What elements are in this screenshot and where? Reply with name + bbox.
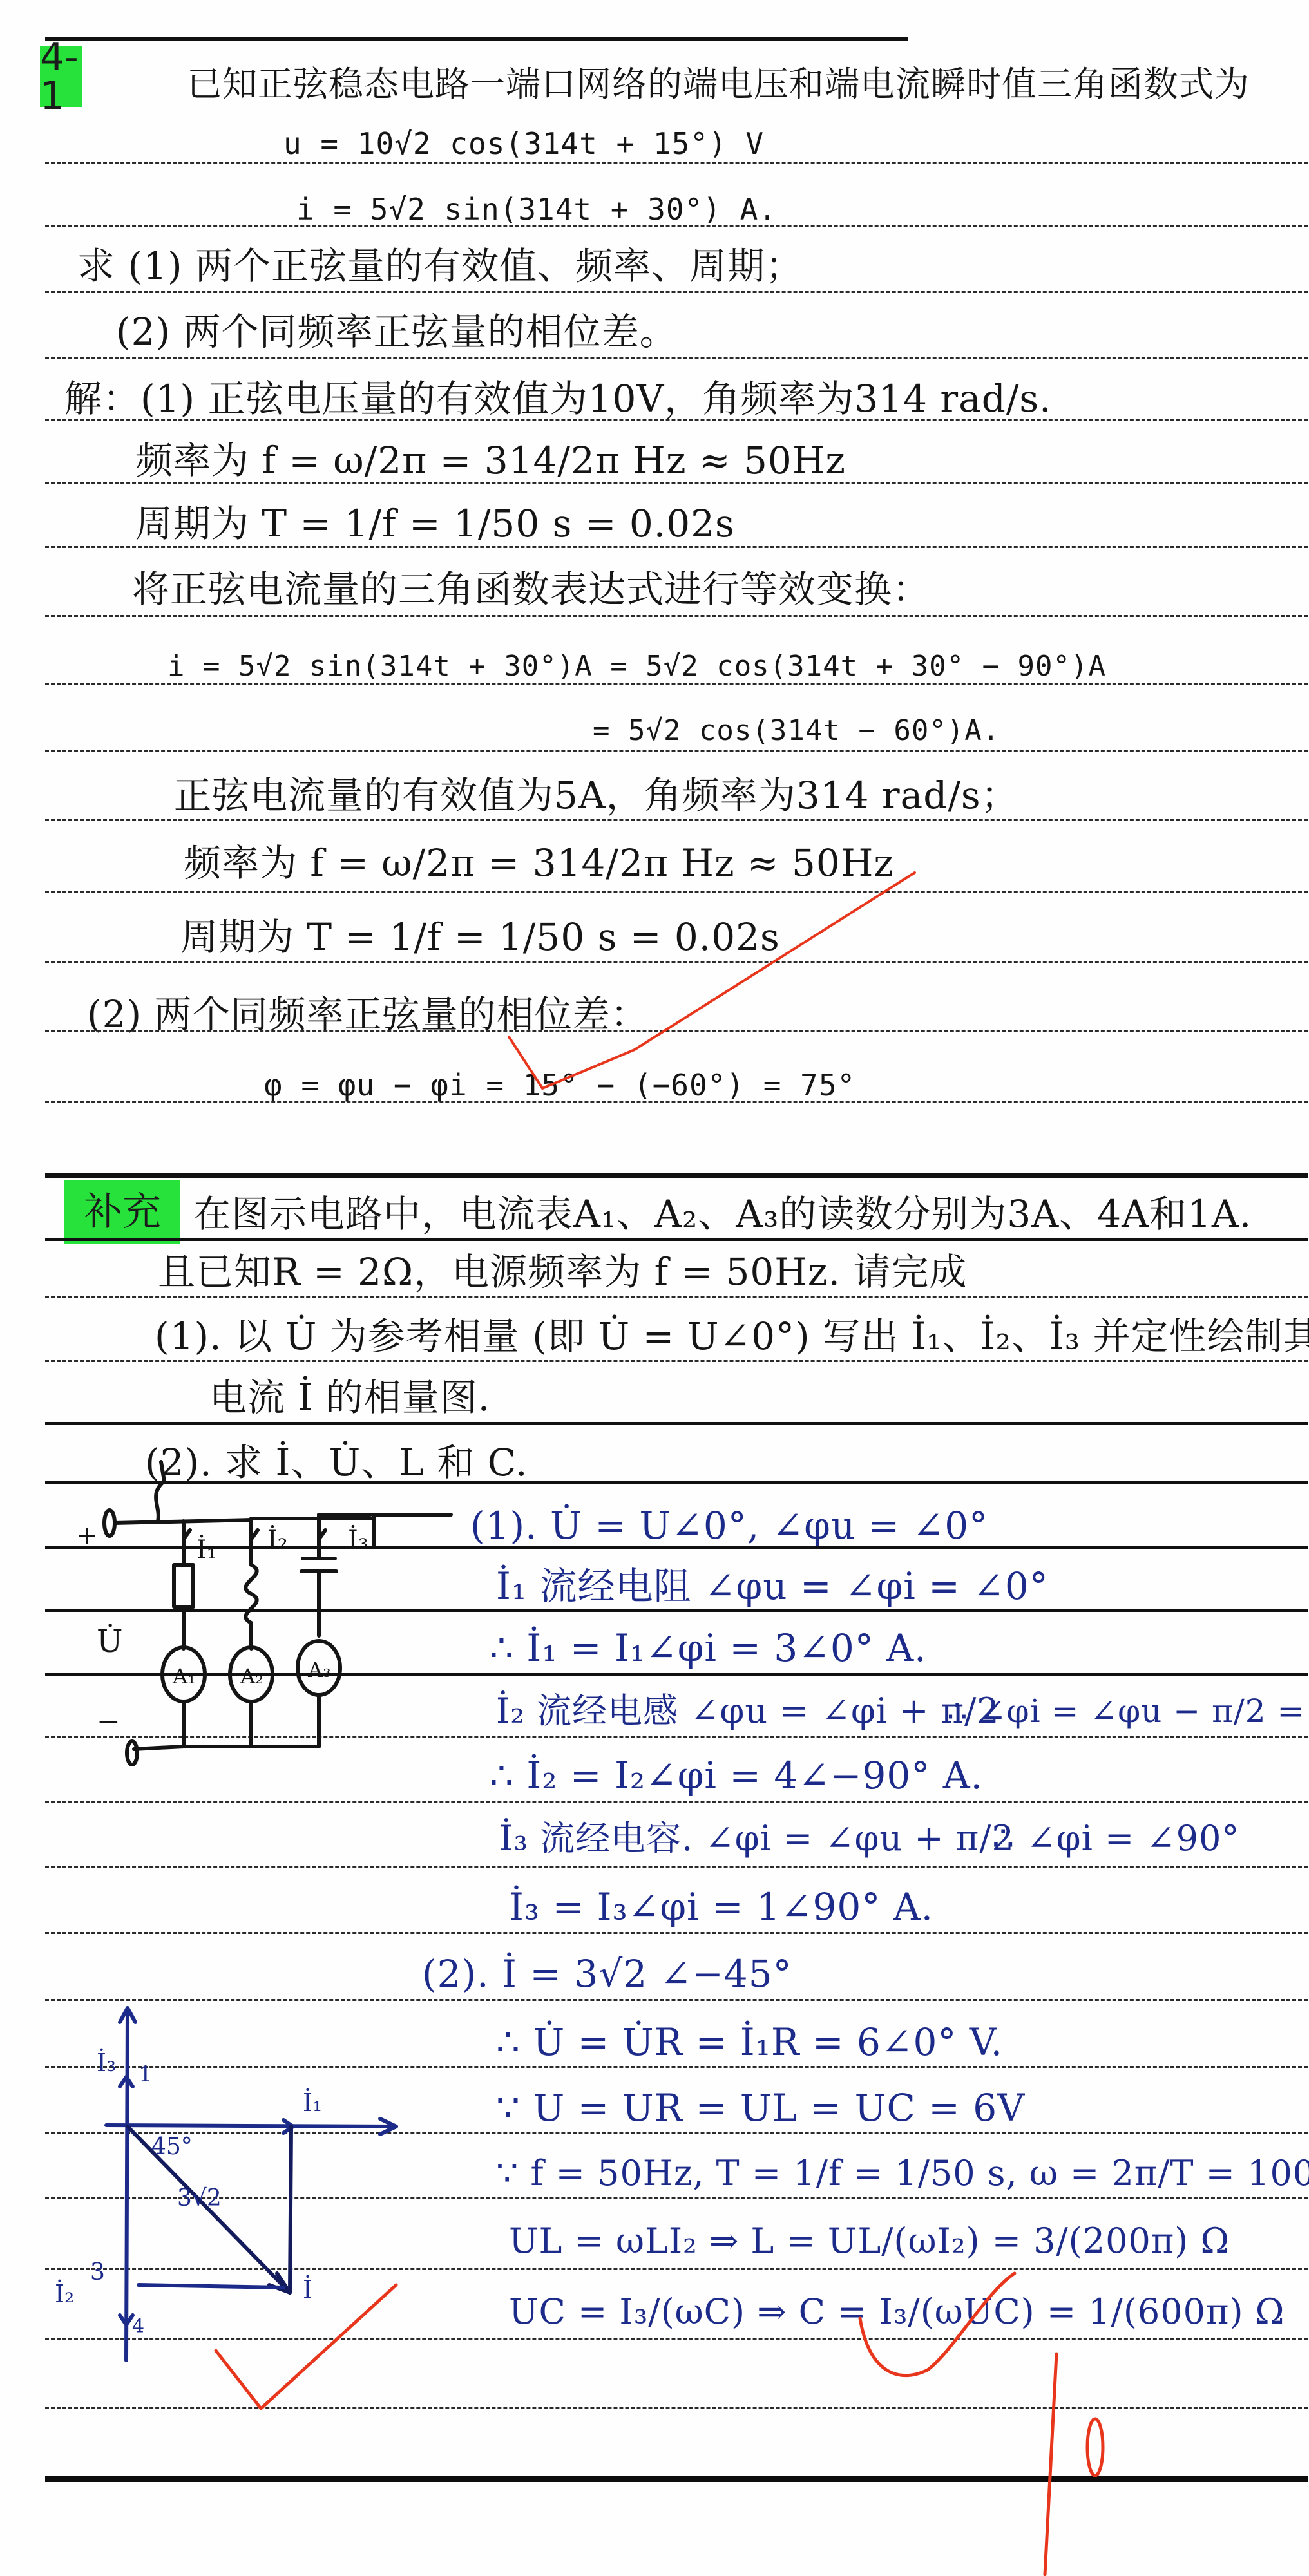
grading-marks: 10 bbox=[0, 0, 1309, 2576]
score-text: 10 bbox=[1077, 2564, 1085, 2571]
score-stroke bbox=[1045, 2354, 1056, 2575]
notebook-page: 4-1 已知正弦稳态电路一端口网络的端电压和端电流瞬时值三角函数式为 u = 1… bbox=[0, 0, 1309, 2576]
score-zero bbox=[1087, 2419, 1103, 2476]
check-mark-red-2 bbox=[216, 2285, 396, 2409]
check-mark-red-3 bbox=[860, 2273, 1015, 2376]
